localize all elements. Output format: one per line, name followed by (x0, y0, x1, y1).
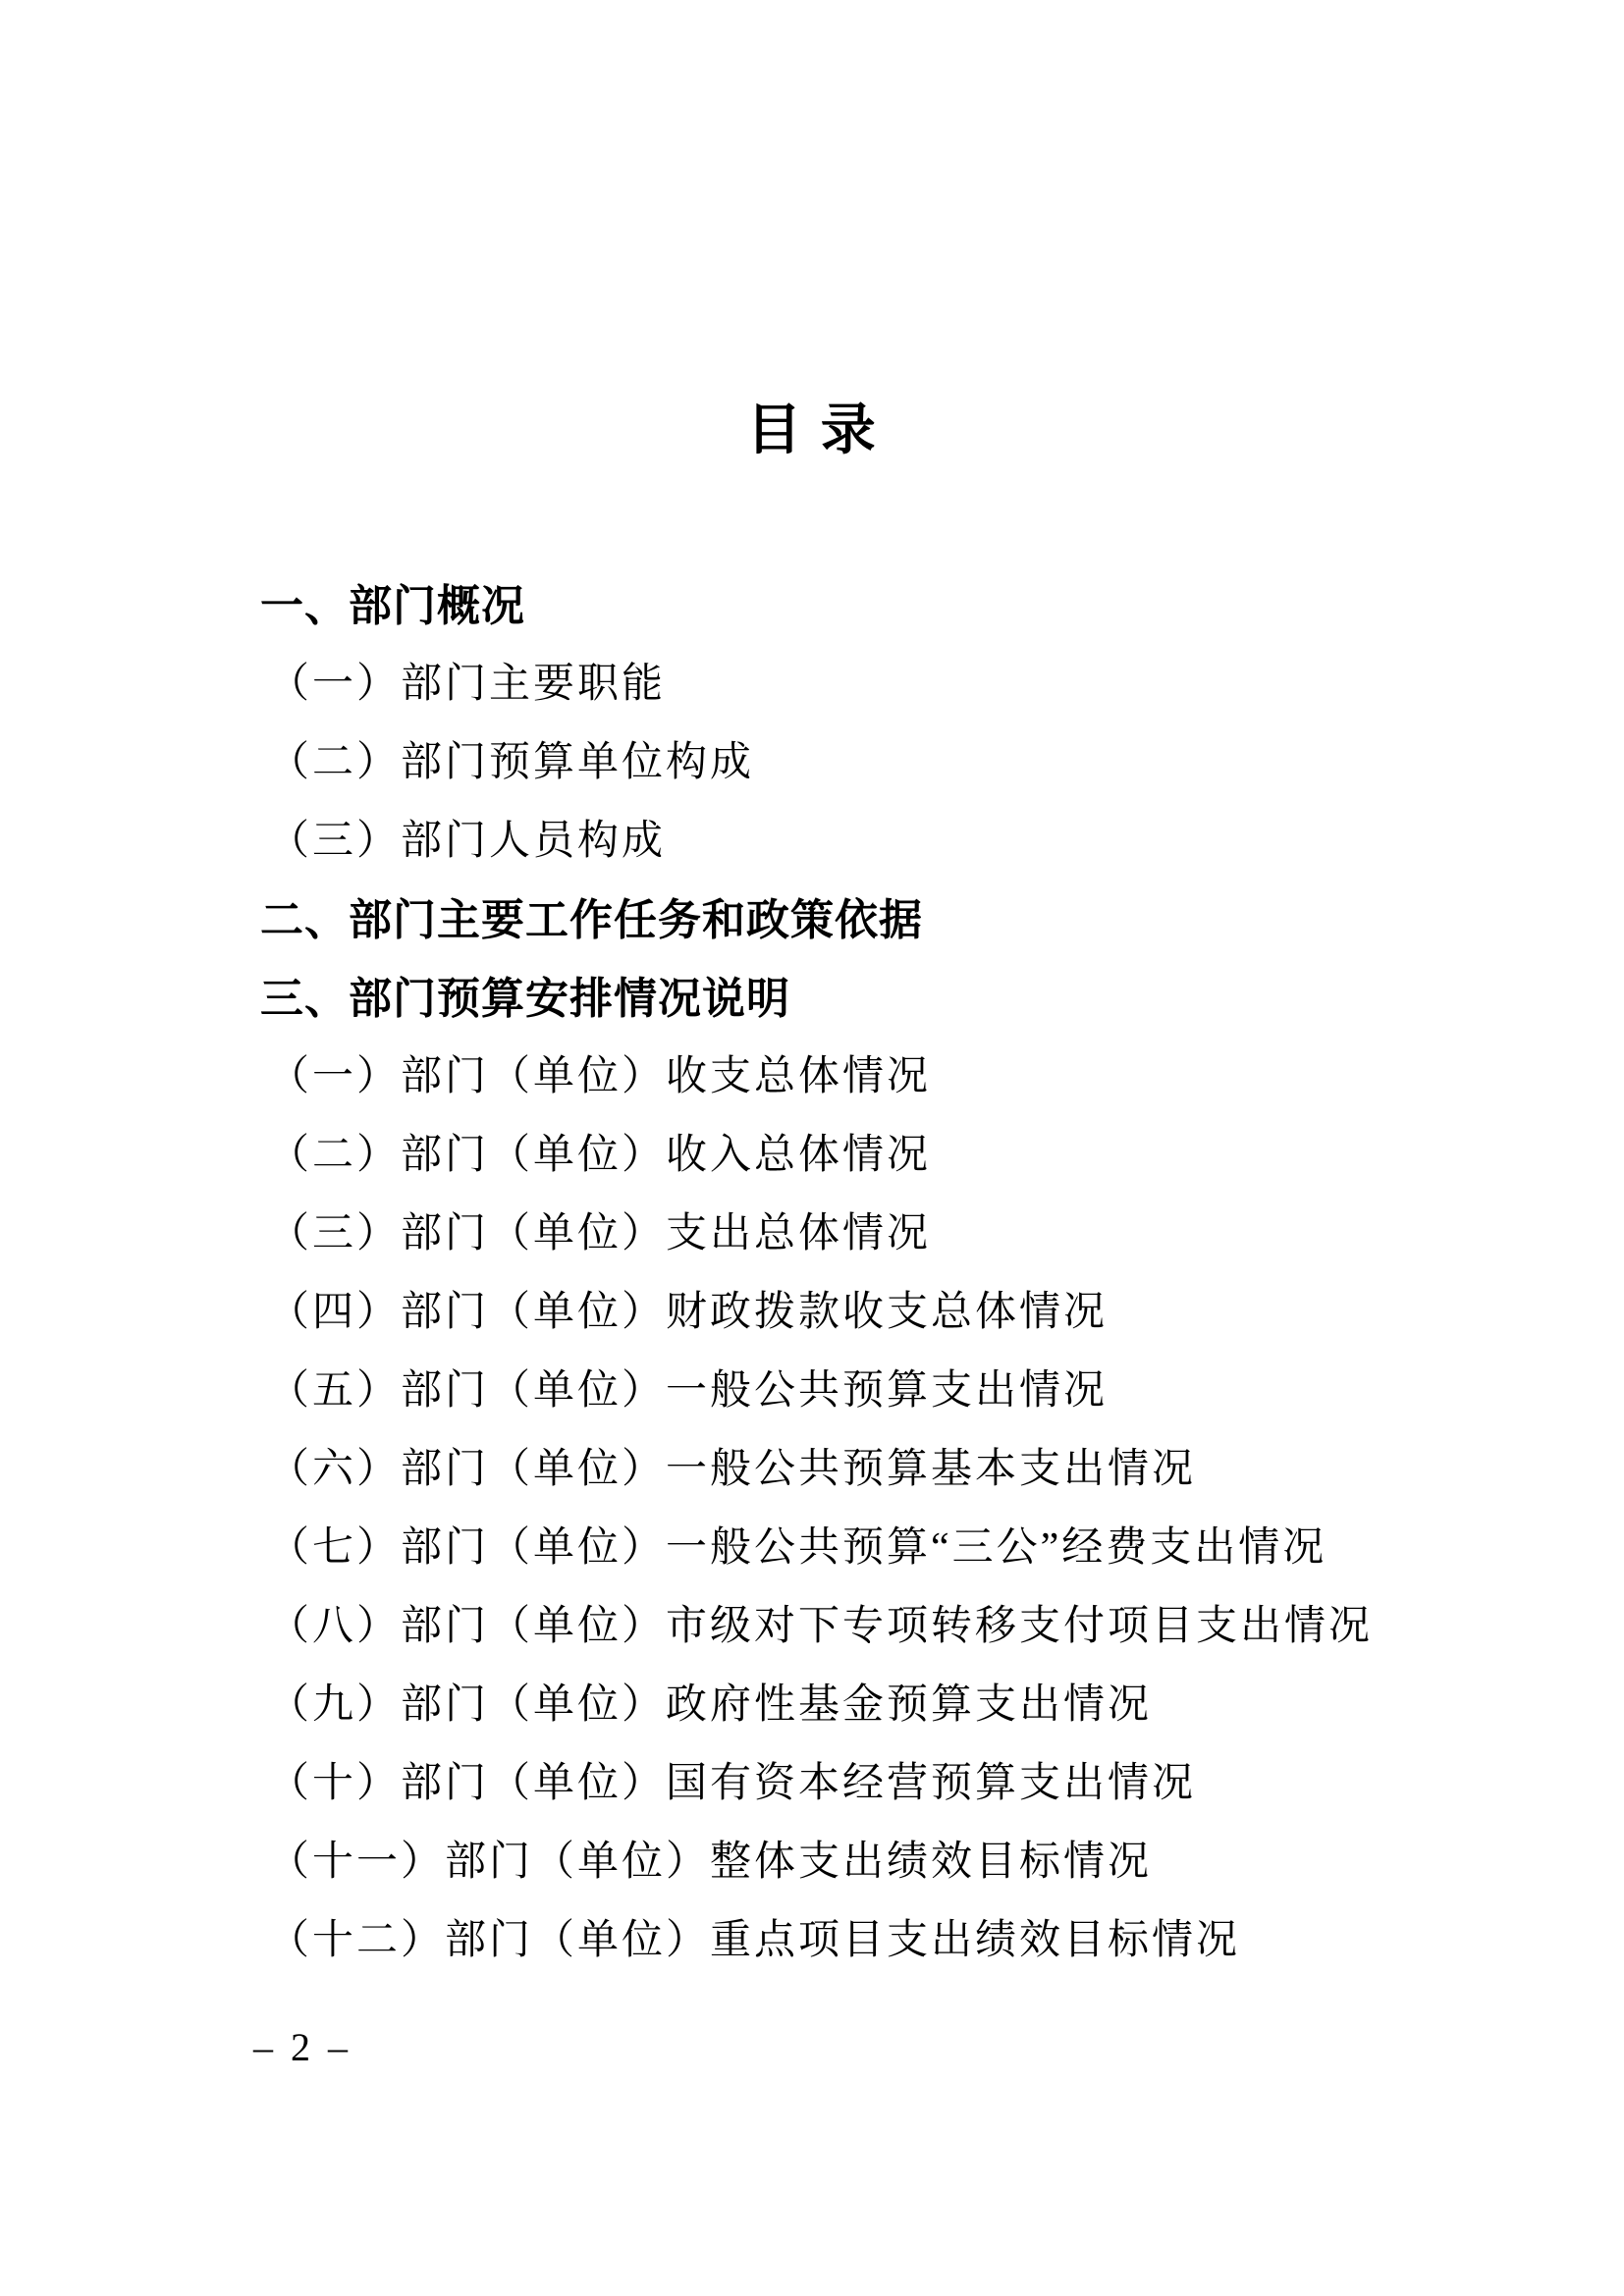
page-number: – 2 – (253, 2028, 352, 2067)
toc-item: （一）部门主要职能 (260, 641, 1408, 720)
toc-heading-1: 一、部门概况 (260, 562, 1408, 641)
toc-item: （五）部门（单位）一般公共预算支出情况 (260, 1348, 1408, 1426)
toc-item: （二）部门预算单位构成 (260, 720, 1408, 798)
toc-heading-3: 三、部门预算安排情况说明 (260, 955, 1408, 1034)
toc-item: （九）部门（单位）政府性基金预算支出情况 (260, 1662, 1408, 1740)
toc-item: （三）部门（单位）支出总体情况 (260, 1191, 1408, 1269)
table-of-contents: 一、部门概况 （一）部门主要职能 （二）部门预算单位构成 （三）部门人员构成 二… (260, 562, 1408, 1976)
document-page: 目 录 一、部门概况 （一）部门主要职能 （二）部门预算单位构成 （三）部门人员… (0, 0, 1624, 2296)
toc-item: （十）部门（单位）国有资本经营预算支出情况 (260, 1740, 1408, 1819)
toc-item: （六）部门（单位）一般公共预算基本支出情况 (260, 1426, 1408, 1505)
toc-item: （十一）部门（单位）整体支出绩效目标情况 (260, 1819, 1408, 1897)
toc-item: （十二）部门（单位）重点项目支出绩效目标情况 (260, 1897, 1408, 1976)
toc-item: （七）部门（单位）一般公共预算“三公”经费支出情况 (260, 1505, 1408, 1583)
toc-item: （八）部门（单位）市级对下专项转移支付项目支出情况 (260, 1583, 1408, 1662)
page-title: 目 录 (0, 402, 1624, 457)
toc-item: （一）部门（单位）收支总体情况 (260, 1034, 1408, 1112)
toc-item: （二）部门（单位）收入总体情况 (260, 1112, 1408, 1191)
toc-item: （三）部门人员构成 (260, 798, 1408, 877)
toc-item: （四）部门（单位）财政拨款收支总体情况 (260, 1269, 1408, 1348)
toc-heading-2: 二、部门主要工作任务和政策依据 (260, 877, 1408, 955)
